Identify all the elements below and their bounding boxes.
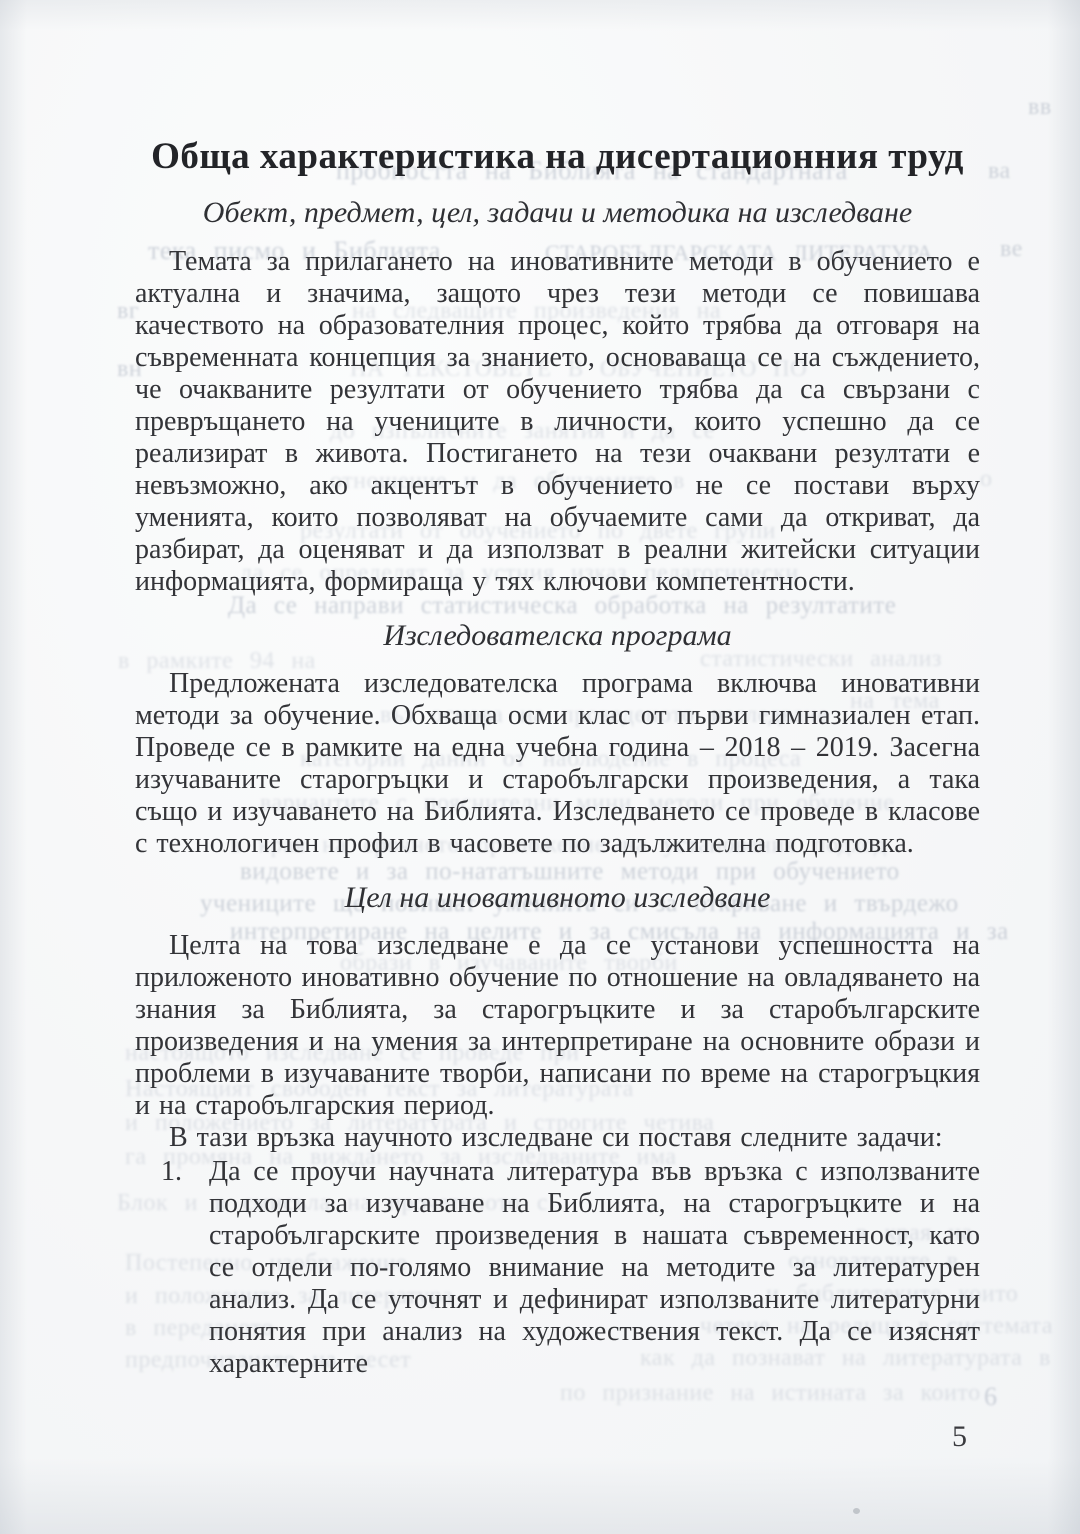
- bleedthrough-text: ве: [1000, 236, 1023, 263]
- tasks-intro: В тази връзка научното изследване си пос…: [135, 1122, 980, 1154]
- intro-paragraph: Темата за прилагането на иновативните ме…: [135, 246, 980, 598]
- section-heading-research-program: Изследователска програма: [135, 618, 980, 654]
- section-heading-innovation-goal: Цел на иновативното изследване: [135, 880, 980, 916]
- bleedthrough-text: 6: [984, 1382, 998, 1412]
- task-text: Да се проучи научната литература във връ…: [209, 1156, 980, 1380]
- task-number: 1.: [161, 1156, 182, 1188]
- bleedthrough-text: ва: [988, 158, 1011, 185]
- scanned-page: ввпробността на Библията на стандартната…: [0, 0, 1080, 1534]
- task-item: 1. Да се проучи научната литература във …: [135, 1156, 980, 1380]
- page-content: Обща характеристика на дисертационния тр…: [135, 0, 980, 1380]
- scan-speck: [853, 1508, 860, 1514]
- page-number: 5: [952, 1420, 967, 1454]
- bleedthrough-text: о: [980, 466, 993, 493]
- goal-paragraph: Целта на това изследване е да се установ…: [135, 930, 980, 1122]
- page-title: Обща характеристика на дисертационния тр…: [135, 134, 980, 180]
- research-program-paragraph: Предложената изследователска програма вк…: [135, 668, 980, 860]
- bleedthrough-text: по признание на истината за които: [560, 1380, 981, 1407]
- bleedthrough-text: вв: [1028, 94, 1052, 121]
- document-subtitle: Обект, предмет, цел, задачи и методика н…: [135, 194, 980, 232]
